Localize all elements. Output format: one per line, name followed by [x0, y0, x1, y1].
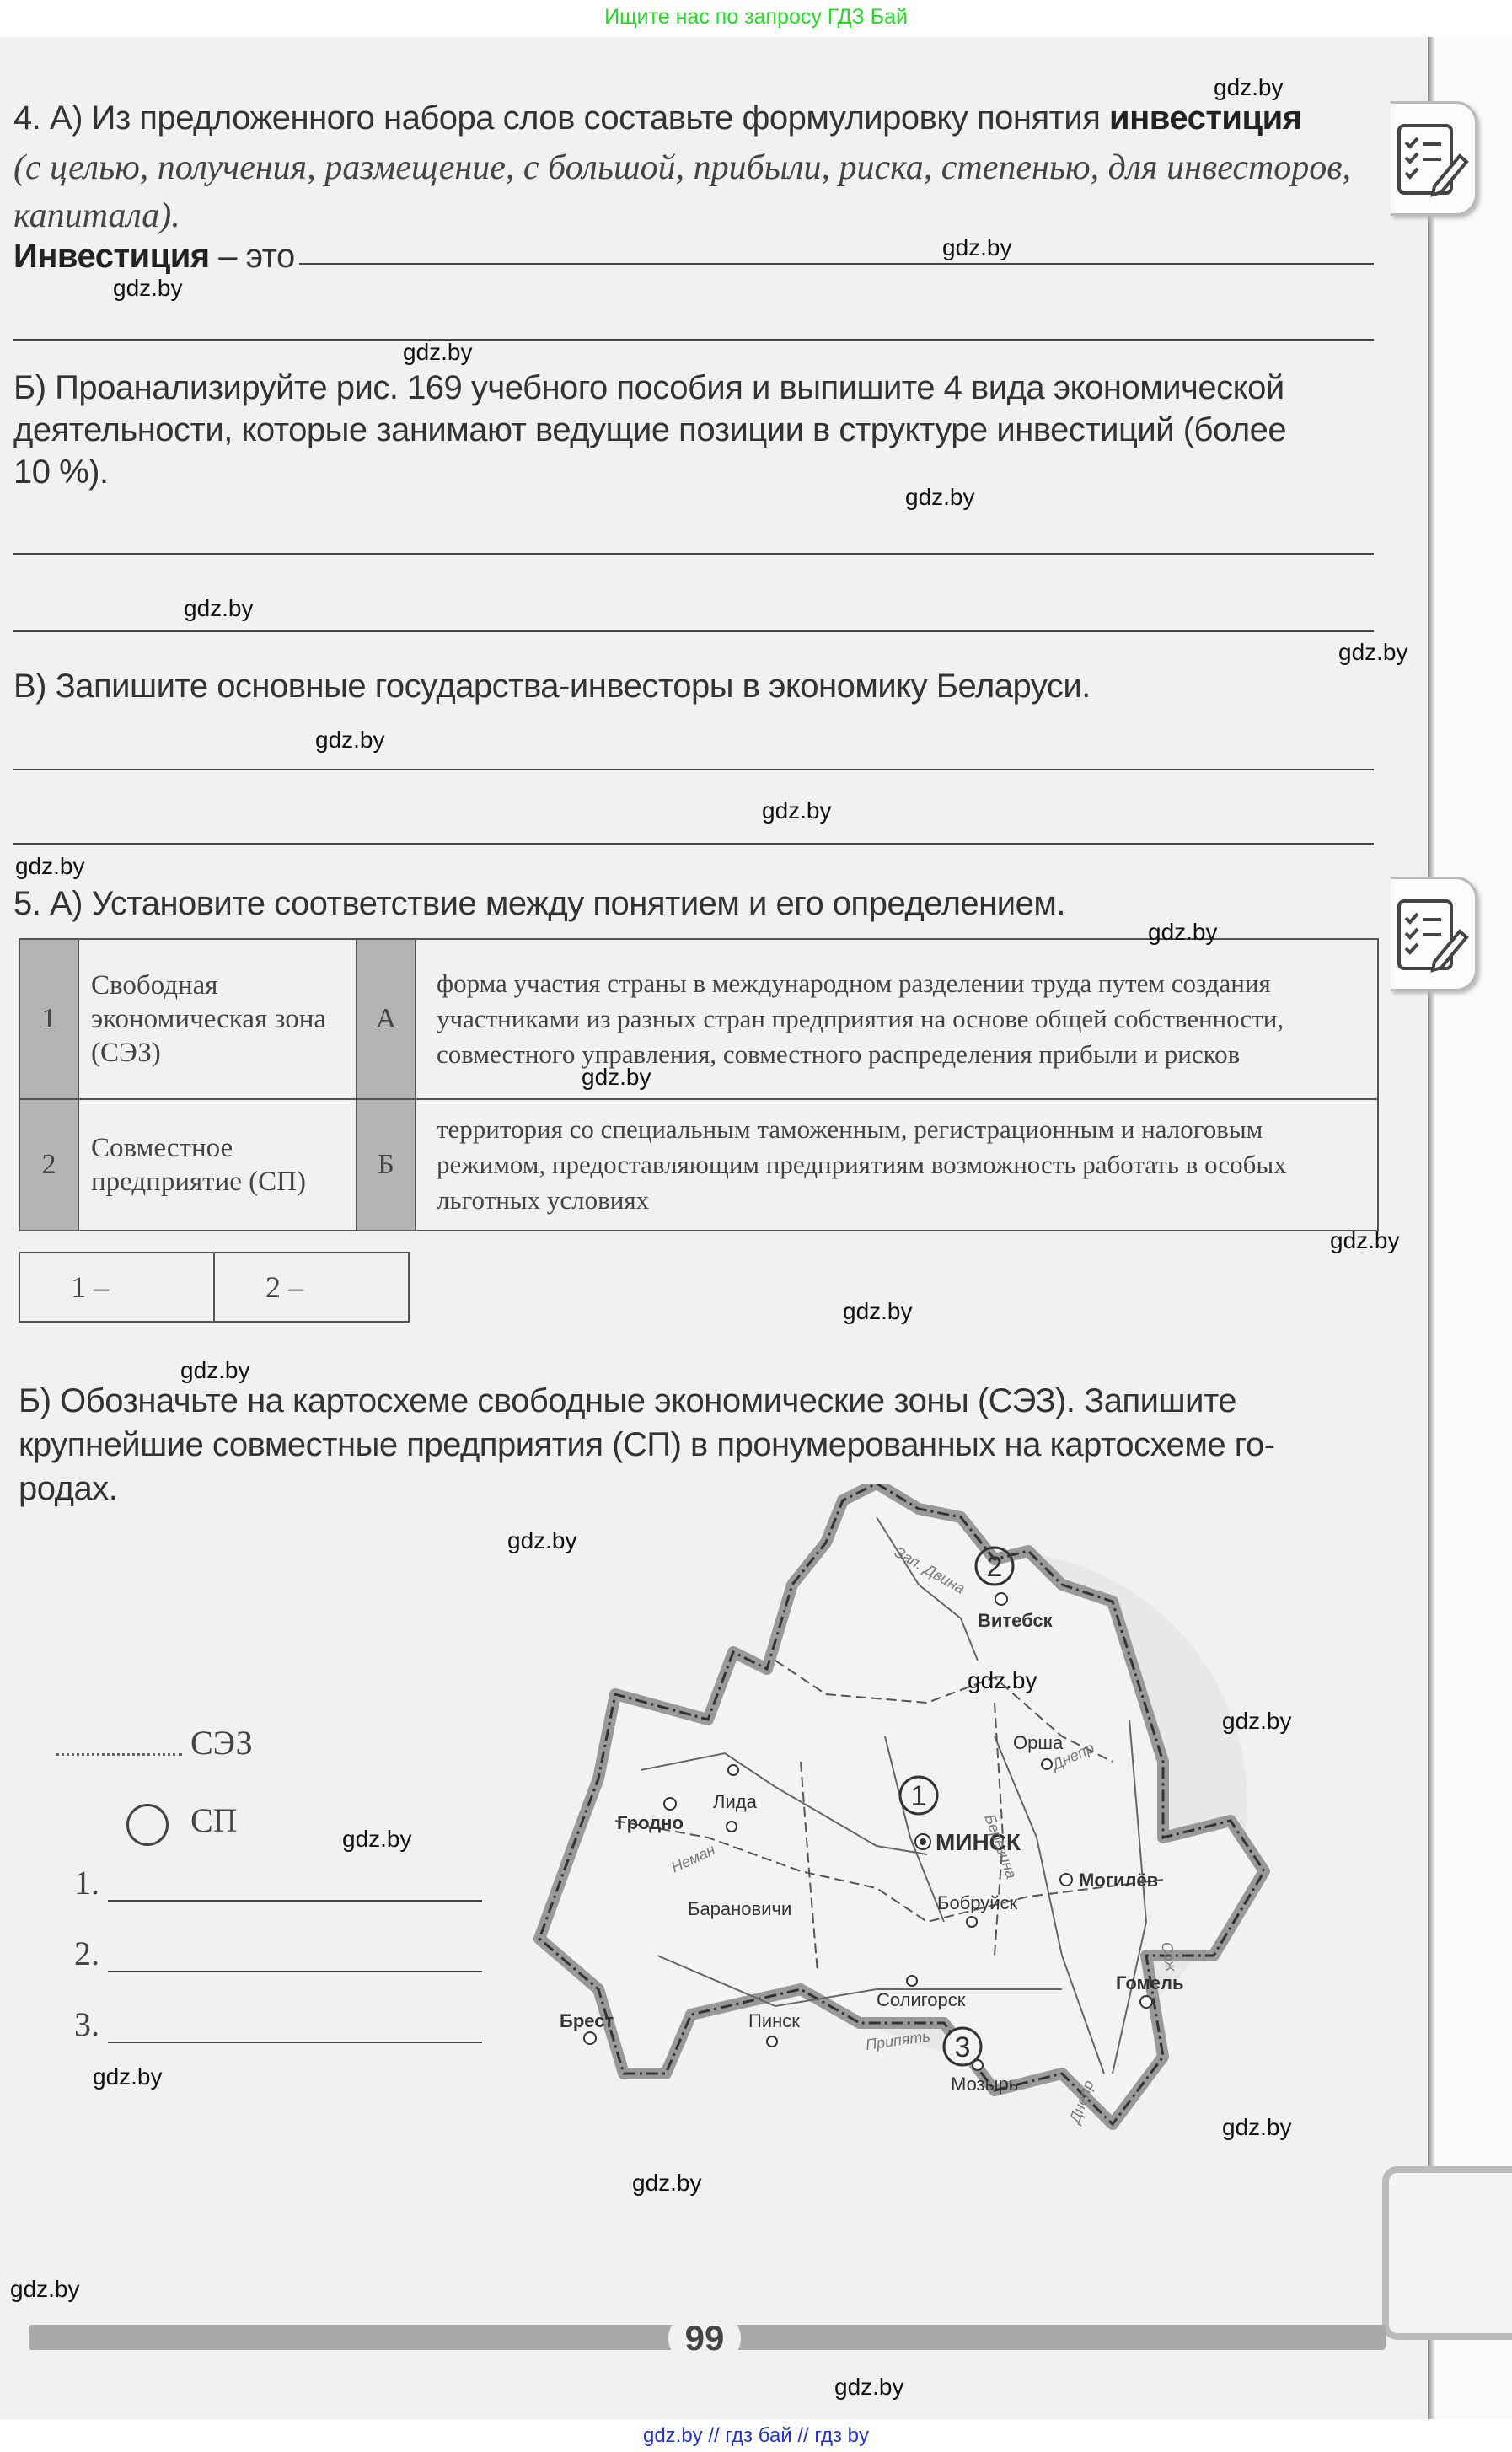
svg-text:Брест: Брест — [560, 2010, 614, 2031]
faded-answer-box — [1382, 2166, 1512, 2340]
answer-cell-2[interactable]: 2 – — [213, 1253, 408, 1321]
svg-text:Пинск: Пинск — [748, 2010, 800, 2031]
watermark: gdz.by — [180, 1357, 250, 1384]
watermark: gdz.by — [15, 853, 85, 880]
svg-text:1: 1 — [911, 1780, 927, 1812]
sp-legend-label: СП — [190, 1800, 238, 1840]
table-row: 1 Свободная экономическая зона (СЭЗ) А ф… — [19, 939, 1378, 1099]
watermark: gdz.by — [905, 484, 975, 511]
answer-line-b-1[interactable] — [13, 553, 1374, 555]
task4-word-set-line2: капитала). — [13, 196, 180, 236]
watermark: gdz.by — [968, 1667, 1037, 1694]
task4-b-line2: деятельности, которые занимают ведущие п… — [13, 411, 1286, 449]
top-banner[interactable]: Ищите нас по запросу ГДЗ Бай — [0, 0, 1512, 37]
sez-legend-symbol — [56, 1753, 182, 1756]
answer-line-c-2[interactable] — [13, 843, 1374, 845]
task4-b-line1: Б) Проанализируйте рис. 169 учебного пос… — [13, 369, 1284, 407]
answer-number-2: 2. — [74, 1934, 99, 1973]
sp-legend-circle-icon — [126, 1804, 169, 1846]
sp-answer-line-3[interactable] — [108, 2042, 482, 2043]
page-margin — [1434, 37, 1512, 2419]
task4-c-text: В) Запишите основные государства-инвесто… — [13, 668, 1091, 706]
svg-text:Могилёв: Могилёв — [1079, 1870, 1158, 1891]
watermark: gdz.by — [942, 234, 1012, 261]
row-letter: А — [357, 939, 416, 1099]
svg-text:Гродно: Гродно — [617, 1812, 684, 1833]
svg-text:Барановичи: Барановичи — [688, 1898, 791, 1919]
watermark: gdz.by — [113, 275, 183, 302]
definition-prompt: Инвестиция – это — [13, 238, 295, 276]
task5-b-line3: родах. — [19, 1470, 117, 1508]
watermark: gdz.by — [342, 1826, 412, 1853]
watermark: gdz.by — [93, 2063, 163, 2090]
matching-answer-box: 1 – 2 – — [19, 1252, 410, 1323]
definition-suffix: – это — [210, 238, 295, 275]
watermark: gdz.by — [315, 727, 385, 754]
task4-a-term: инвестиция — [1109, 99, 1301, 137]
watermark: gdz.by — [582, 1064, 651, 1091]
answer-cell-1[interactable]: 1 – — [20, 1253, 213, 1321]
checklist-pencil-icon — [1394, 119, 1470, 203]
svg-text:Припять: Припять — [865, 2027, 931, 2053]
answer-line-definition-1[interactable] — [299, 263, 1374, 265]
svg-text:2: 2 — [987, 1551, 1003, 1583]
svg-text:Витебск: Витебск — [978, 1610, 1054, 1631]
watermark: gdz.by — [762, 797, 832, 824]
row-letter: Б — [357, 1099, 416, 1231]
task4-b-line3: 10 %). — [13, 453, 109, 491]
definition-label: Инвестиция — [13, 238, 210, 275]
answer-line-c-1[interactable] — [13, 769, 1374, 770]
answer-line-b-2[interactable] — [13, 630, 1374, 632]
svg-text:Бобруйск: Бобруйск — [937, 1892, 1018, 1913]
matching-table: 1 Свободная экономическая зона (СЭЗ) А ф… — [19, 938, 1379, 1231]
watermark: gdz.by — [10, 2276, 80, 2303]
row-number: 1 — [19, 939, 78, 1099]
task5-b-line1: Б) Обозначьте на картосхеме свободные эк… — [19, 1382, 1236, 1420]
svg-text:Солигорск: Солигорск — [877, 1989, 966, 2010]
watermark: gdz.by — [1330, 1227, 1400, 1254]
svg-text:3: 3 — [955, 2031, 971, 2063]
svg-text:Лида: Лида — [713, 1791, 758, 1812]
watermark: gdz.by — [1148, 919, 1218, 946]
task-checklist-tab-2 — [1391, 877, 1477, 991]
watermark: gdz.by — [632, 2170, 702, 2197]
task4-word-set-line1: (с целью, получения, размещение, с больш… — [13, 148, 1351, 188]
term-cell: Свободная экономическая зона (СЭЗ) — [78, 939, 357, 1099]
checklist-pencil-icon — [1394, 894, 1470, 979]
answer-number-1: 1. — [74, 1863, 99, 1902]
watermark: gdz.by — [1338, 639, 1408, 666]
task5-a-text: 5. А) Установите соответствие между поня… — [13, 885, 1065, 923]
term-cell: Совместное предприятие (СП) — [78, 1099, 357, 1231]
sez-legend-label: СЭЗ — [190, 1723, 253, 1763]
answer-line-definition-2[interactable] — [13, 339, 1374, 341]
svg-text:Орша: Орша — [1013, 1732, 1064, 1753]
page-number: 99 — [668, 2313, 741, 2363]
task-checklist-tab — [1391, 101, 1477, 216]
sp-answer-line-2[interactable] — [108, 1971, 482, 1972]
watermark: gdz.by — [507, 1527, 577, 1554]
definition-cell: форма участия страны в международном раз… — [416, 939, 1378, 1099]
definition-cell: территория со специальным таможенным, ре… — [416, 1099, 1378, 1231]
watermark: gdz.by — [1222, 1708, 1292, 1735]
svg-text:Гомель: Гомель — [1116, 1972, 1184, 1993]
watermark: gdz.by — [834, 2374, 904, 2401]
watermark: gdz.by — [1214, 74, 1284, 101]
task4-a-text: 4. А) Из предложенного набора слов соста… — [13, 99, 1109, 137]
watermark: gdz.by — [843, 1298, 913, 1325]
table-row: 2 Совместное предприятие (СП) Б территор… — [19, 1099, 1378, 1231]
footer-links[interactable]: gdz.by // гдз бай // гдз by — [0, 2419, 1512, 2452]
task4-a-heading: 4. А) Из предложенного набора слов соста… — [13, 99, 1302, 137]
watermark: gdz.by — [184, 595, 254, 622]
sp-answer-line-1[interactable] — [108, 1900, 482, 1902]
watermark: gdz.by — [403, 339, 473, 366]
watermark: gdz.by — [1222, 2114, 1292, 2141]
svg-text:Мозырь: Мозырь — [951, 2074, 1018, 2095]
row-number: 2 — [19, 1099, 78, 1231]
belarus-map[interactable]: 1 2 3 Витебск Орша Лида Гродно МИНСК Мог… — [523, 1484, 1365, 2175]
page-spine — [1428, 37, 1434, 2419]
task5-b-line2: крупнейшие совместные предприятия (СП) в… — [19, 1426, 1275, 1464]
answer-number-3: 3. — [74, 2004, 99, 2044]
